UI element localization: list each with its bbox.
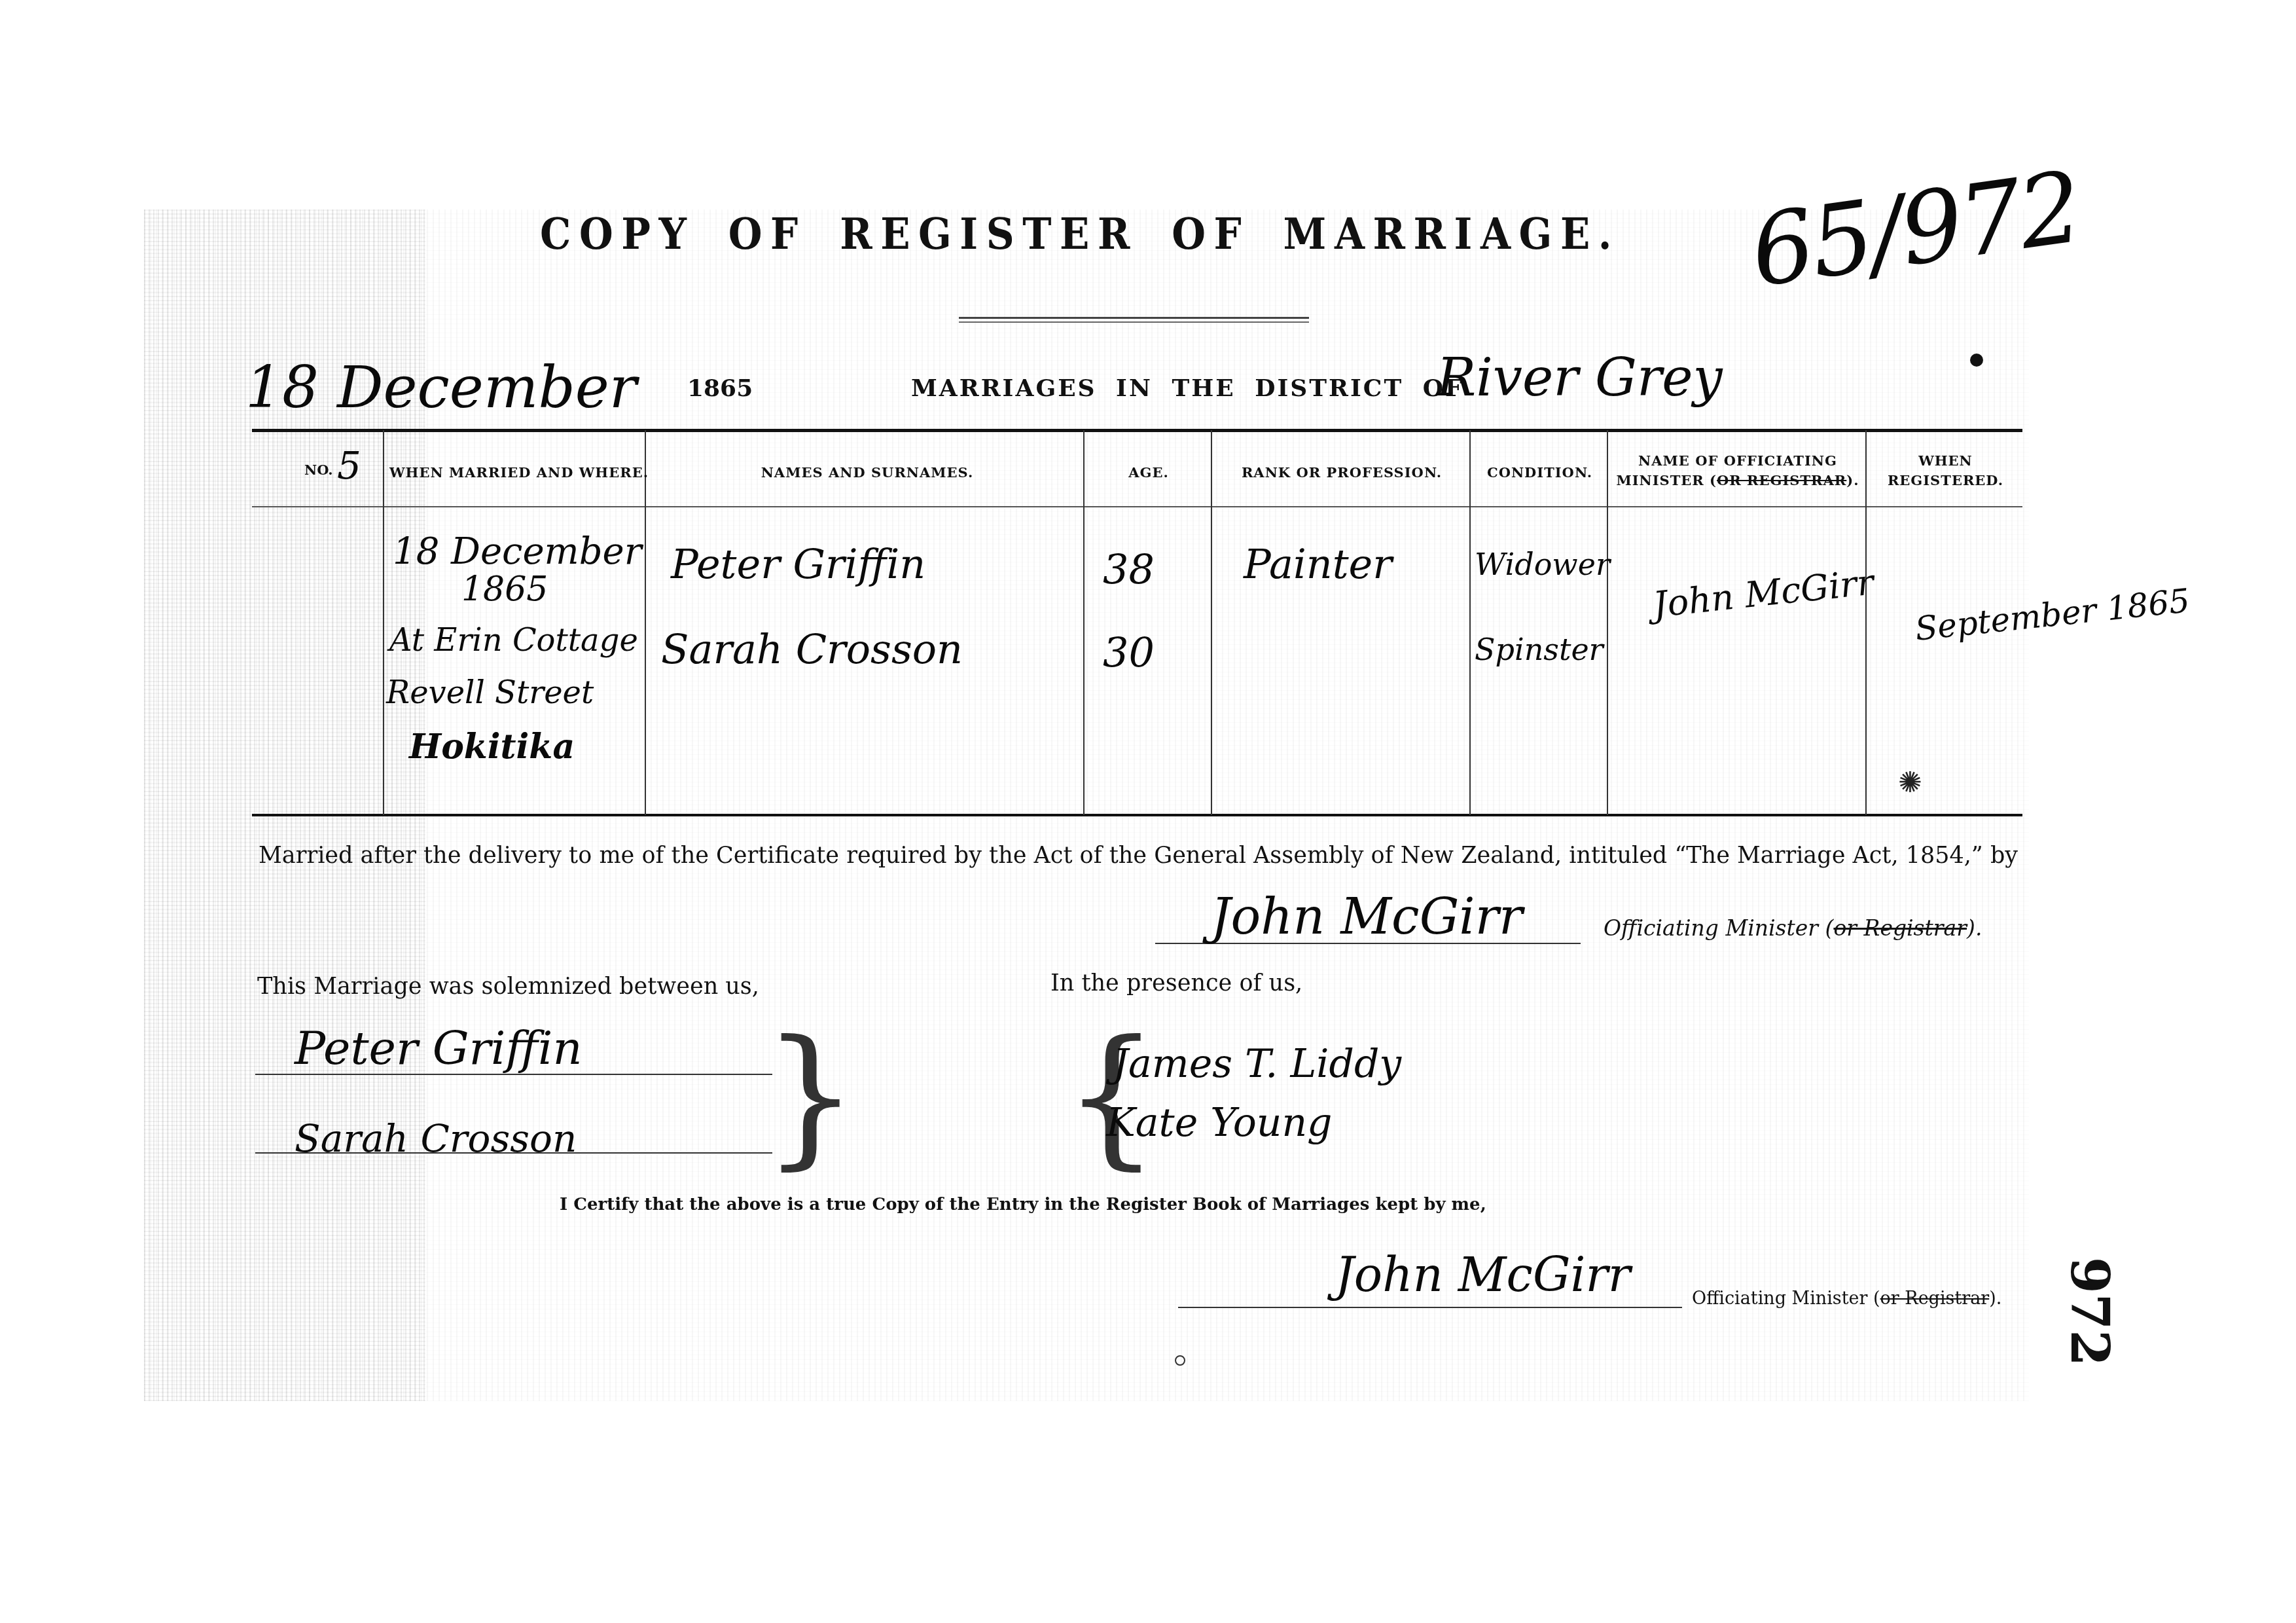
entry-groom-name: Peter Griffin (671, 540, 925, 588)
registrar-seal-icon: ✺ (1898, 766, 1922, 799)
entry-registered: September 1865 (1913, 581, 2191, 648)
header-minister-struck: OR REGISTRAR (1717, 472, 1846, 488)
table-header-rule (252, 506, 2022, 507)
reference-number: 65/972 (1744, 151, 2087, 309)
certification-role: Officiating Minister (or Registrar). (1692, 1288, 2001, 1309)
role-struck: or Registrar (1880, 1288, 1990, 1309)
certification-text: I Certify that the above is a true Copy … (560, 1195, 1486, 1214)
header-when-where: WHEN MARRIED AND WHERE. (389, 463, 645, 483)
header-condition: CONDITION. (1473, 463, 1607, 483)
punch-hole-mark (1175, 1355, 1185, 1366)
entry-bride-name: Sarah Crosson (661, 625, 963, 673)
entry-minister: John McGirr (1651, 561, 1876, 625)
role-prefix: Officiating Minister ( (1692, 1288, 1880, 1309)
entry-number-label: NO. (304, 462, 333, 478)
witnesses-label: In the presence of us, (1050, 970, 1302, 996)
document-title: COPY OF REGISTER OF MARRIAGE. (540, 208, 1620, 259)
header-rank: RANK OR PROFESSION. (1214, 463, 1469, 483)
entry-where-line2: Revell Street (386, 674, 594, 711)
entry-where-line1: At Erin Cottage (389, 622, 638, 659)
entry-when-date: 18 December (393, 530, 641, 573)
column-divider (1607, 430, 1608, 815)
header-registered-line1: WHEN (1869, 451, 2022, 471)
column-divider (1211, 430, 1212, 815)
groom-signature: Peter Griffin (295, 1021, 582, 1075)
column-divider (645, 430, 646, 815)
closing-brace: } (762, 1021, 858, 1172)
table-top-rule (252, 429, 2022, 432)
header-registered-line2: REGISTERED. (1869, 471, 2022, 490)
header-age: AGE. (1086, 463, 1211, 483)
header-minister-prefix: MINISTER ( (1616, 472, 1717, 488)
entry-groom-age: 38 (1103, 545, 1155, 593)
role-suffix: ). (1989, 1288, 2001, 1309)
witness-signature-2: Kate Young (1106, 1100, 1333, 1146)
header-minister-line2: MINISTER (OR REGISTRAR). (1610, 471, 1865, 490)
declaration-role: Officiating Minister (or Registrar). (1604, 915, 1982, 941)
solemnized-label: This Marriage was solemnized between us, (257, 974, 759, 1000)
bride-signature: Sarah Crosson (295, 1116, 577, 1161)
district-label: MARRIAGES IN THE DISTRICT OF (911, 374, 1464, 402)
register-date: 18 December (245, 354, 637, 421)
entry-number: 5 (337, 443, 361, 488)
column-divider (1469, 430, 1471, 815)
register-year: 1865 (687, 374, 753, 402)
header-minister: NAME OF OFFICIATING MINISTER (OR REGISTR… (1610, 451, 1865, 490)
side-page-number: 972 (2059, 1257, 2121, 1366)
entry-where-line3: Hokitika (409, 727, 575, 767)
witness-signature-1: James T. Liddy (1113, 1041, 1401, 1087)
entry-bride-condition: Spinster (1475, 632, 1604, 667)
declaration-signature: John McGirr (1211, 887, 1522, 945)
column-divider (1083, 430, 1085, 815)
entry-when-year: 1865 (461, 570, 548, 609)
column-divider (383, 430, 384, 815)
role-struck: or Registrar (1833, 915, 1967, 941)
entry-groom-rank: Painter (1244, 540, 1392, 588)
title-divider (959, 317, 1309, 323)
header-minister-suffix: ). (1846, 472, 1859, 488)
entry-groom-condition: Widower (1475, 547, 1610, 582)
district-name: River Grey (1437, 347, 1723, 408)
table-bottom-rule (252, 814, 2022, 816)
header-registered: WHEN REGISTERED. (1869, 451, 2022, 490)
header-names: NAMES AND SURNAMES. (651, 463, 1083, 483)
role-prefix: Officiating Minister ( (1604, 915, 1833, 941)
ink-dot (1970, 354, 1983, 367)
certification-signature: John McGirr (1335, 1247, 1630, 1302)
header-minister-line1: NAME OF OFFICIATING (1610, 451, 1865, 471)
entry-bride-age: 30 (1103, 629, 1155, 676)
register-table: NO. 5 WHEN MARRIED AND WHERE. NAMES AND … (252, 429, 2022, 816)
certification-signature-line (1178, 1307, 1682, 1308)
role-suffix: ). (1967, 915, 1982, 941)
column-divider (1865, 430, 1867, 815)
declaration-text: Married after the delivery to me of the … (259, 843, 2018, 869)
